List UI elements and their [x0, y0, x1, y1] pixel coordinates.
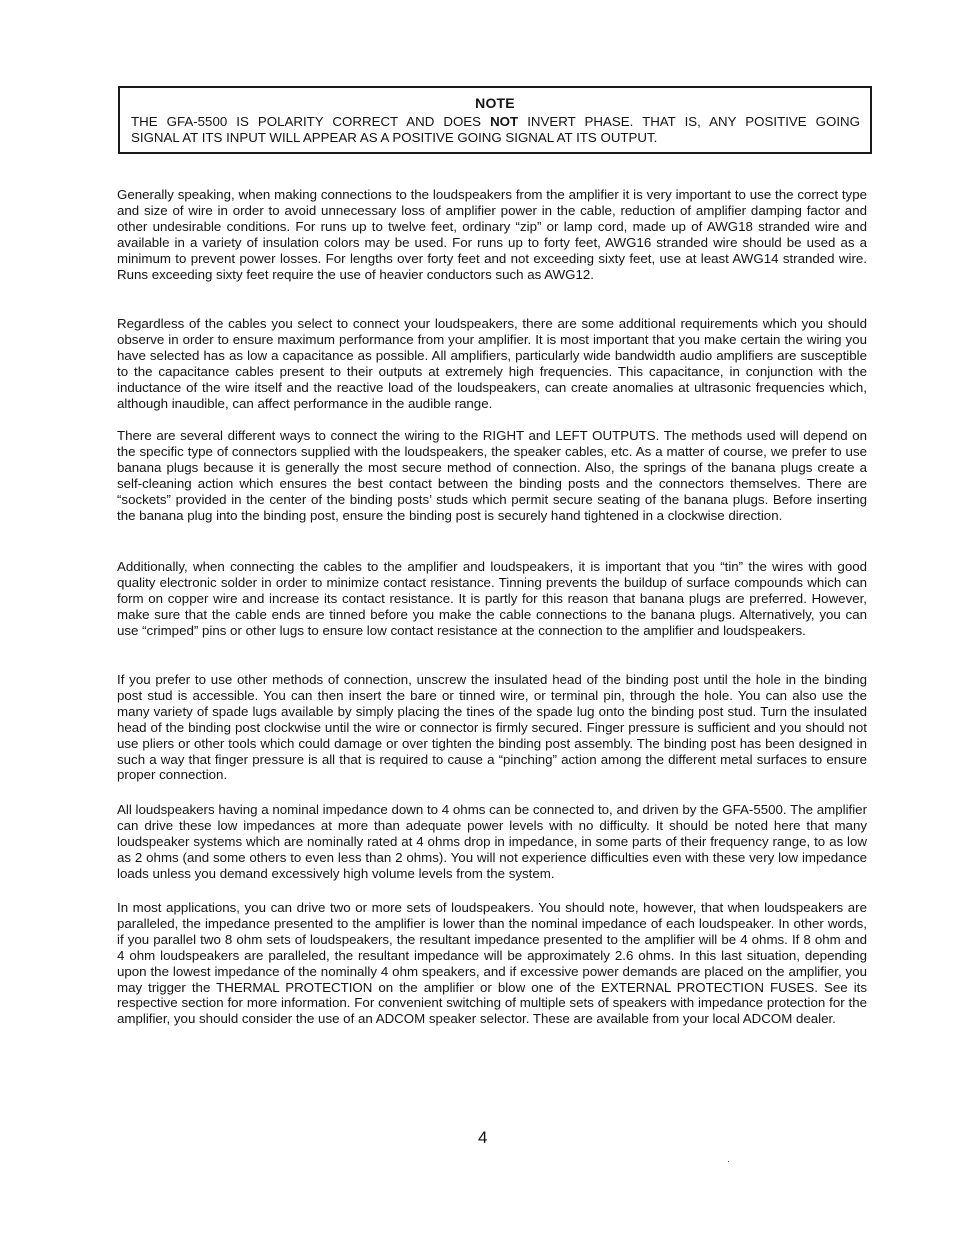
note-text: THE GFA-5500 IS POLARITY CORRECT AND DOE… [131, 114, 860, 146]
paragraph-capacitance: Regardless of the cables you select to c… [117, 316, 867, 411]
page-number: 4 [478, 1128, 487, 1148]
paragraph-tinning: Additionally, when connecting the cables… [117, 559, 867, 639]
note-line-1-pre: THE GFA-5500 IS POLARITY CORRECT AND DOE… [131, 114, 490, 129]
note-line-2: SIGNAL AT ITS INPUT WILL APPEAR AS A POS… [131, 130, 860, 146]
paragraph-multiple-speakers: In most applications, you can drive two … [117, 900, 867, 1027]
note-line-1-post: INVERT PHASE. THAT IS, ANY POSITIVE GOIN… [518, 114, 860, 129]
paragraph-wire-gauge: Generally speaking, when making connecti… [117, 187, 867, 282]
paragraph-impedance: All loudspeakers having a nominal impeda… [117, 802, 867, 882]
scan-speck [728, 1161, 729, 1162]
note-line-1: THE GFA-5500 IS POLARITY CORRECT AND DOE… [131, 114, 860, 130]
note-title: NOTE [120, 95, 870, 111]
paragraph-binding-post: If you prefer to use other methods of co… [117, 672, 867, 783]
paragraph-connection-methods: There are several different ways to conn… [117, 428, 867, 523]
note-box: NOTE THE GFA-5500 IS POLARITY CORRECT AN… [118, 86, 872, 154]
note-bold-not: NOT [490, 114, 518, 129]
